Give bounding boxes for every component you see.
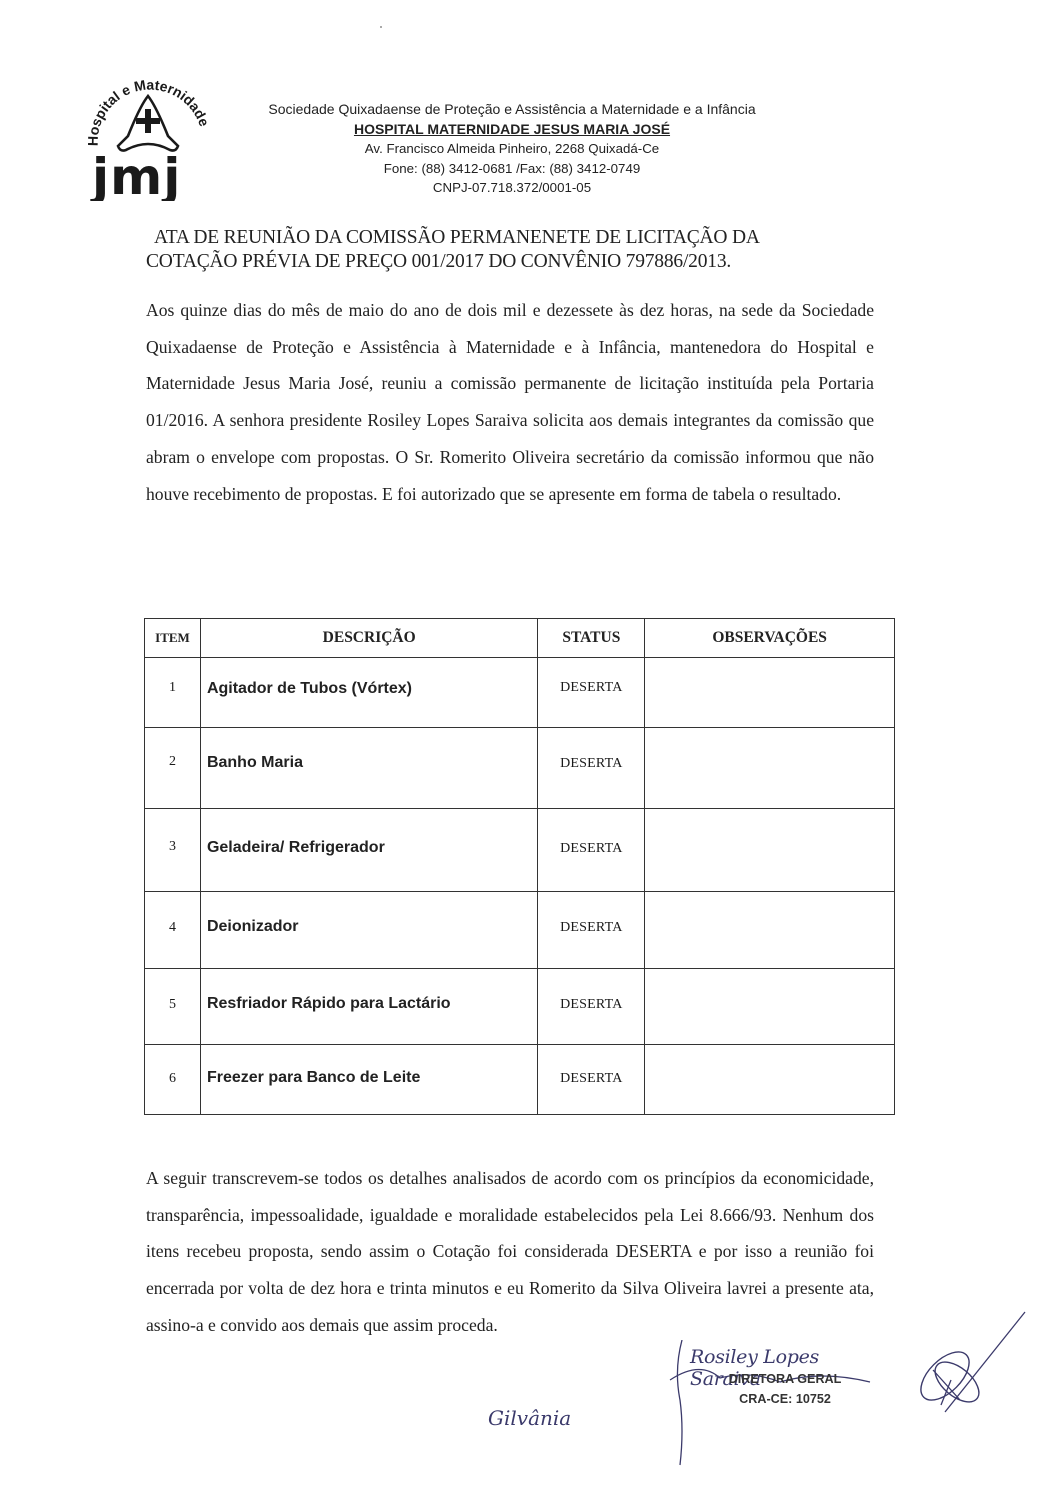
letterhead: Sociedade Quixadaense de Proteção e Assi… bbox=[232, 100, 792, 198]
table-row: 1 Agitador de Tubos (Vórtex) DESERTA bbox=[145, 658, 895, 728]
address: Av. Francisco Almeida Pinheiro, 2268 Qui… bbox=[232, 139, 792, 159]
nurse-cap-cross-icon: Hospital e Maternidade jmj bbox=[80, 76, 250, 201]
item-description: Freezer para Banco de Leite bbox=[200, 1045, 537, 1115]
phone-fax: Fone: (88) 3412-0681 /Fax: (88) 3412-074… bbox=[232, 159, 792, 179]
item-number: 6 bbox=[145, 1045, 201, 1115]
item-status: DESERTA bbox=[538, 1045, 645, 1115]
item-description: Deionizador bbox=[200, 892, 537, 969]
item-description: Resfriador Rápido para Lactário bbox=[200, 969, 537, 1045]
items-table: ITEM DESCRIÇÃO STATUS OBSERVAÇÕES 1 Agit… bbox=[144, 618, 895, 1115]
item-number: 2 bbox=[145, 728, 201, 809]
stamp-role: DIRETORA GERAL bbox=[700, 1372, 870, 1386]
table-row: 4 Deionizador DESERTA bbox=[145, 892, 895, 969]
table-header-row: ITEM DESCRIÇÃO STATUS OBSERVAÇÕES bbox=[145, 619, 895, 658]
table-row: 2 Banho Maria DESERTA bbox=[145, 728, 895, 809]
item-number: 5 bbox=[145, 969, 201, 1045]
col-header-observacoes: OBSERVAÇÕES bbox=[645, 619, 895, 658]
item-observations bbox=[645, 892, 895, 969]
item-description: Agitador de Tubos (Vórtex) bbox=[200, 658, 537, 728]
minutes-paragraph-2: A seguir transcrevem-se todos os detalhe… bbox=[146, 1160, 874, 1344]
item-number: 4 bbox=[145, 892, 201, 969]
item-status: DESERTA bbox=[538, 809, 645, 892]
col-header-item: ITEM bbox=[145, 619, 201, 658]
table-row: 6 Freezer para Banco de Leite DESERTA bbox=[145, 1045, 895, 1115]
title-line-1: ATA DE REUNIÃO DA COMISSÃO PERMANENETE D… bbox=[146, 226, 876, 250]
signature-gilvania: Gilvânia bbox=[488, 1406, 571, 1430]
col-header-descricao: DESCRIÇÃO bbox=[200, 619, 537, 658]
minutes-paragraph-1: Aos quinze dias do mês de maio do ano de… bbox=[146, 292, 874, 512]
rubric-signature-icon bbox=[905, 1300, 1035, 1435]
item-observations bbox=[645, 658, 895, 728]
stamp-registration: CRA-CE: 10752 bbox=[700, 1392, 870, 1406]
item-observations bbox=[645, 728, 895, 809]
hospital-name: HOSPITAL MATERNIDADE JESUS MARIA JOSÉ bbox=[232, 120, 792, 140]
item-status: DESERTA bbox=[538, 658, 645, 728]
item-status: DESERTA bbox=[538, 892, 645, 969]
item-description: Geladeira/ Refrigerador bbox=[200, 809, 537, 892]
item-description: Banho Maria bbox=[200, 728, 537, 809]
item-observations bbox=[645, 809, 895, 892]
document-title: ATA DE REUNIÃO DA COMISSÃO PERMANENETE D… bbox=[146, 226, 876, 274]
col-header-status: STATUS bbox=[538, 619, 645, 658]
item-number: 1 bbox=[145, 658, 201, 728]
cnpj: CNPJ-07.718.372/0001-05 bbox=[232, 178, 792, 198]
table-row: 5 Resfriador Rápido para Lactário DESERT… bbox=[145, 969, 895, 1045]
item-observations bbox=[645, 1045, 895, 1115]
svg-text:jmj: jmj bbox=[90, 148, 181, 201]
director-signature-stamp: Rosiley Lopes Saraiva DIRETORA GERAL CRA… bbox=[660, 1340, 890, 1470]
hospital-logo: Hospital e Maternidade jmj bbox=[80, 76, 250, 201]
scan-speck bbox=[380, 26, 382, 28]
item-status: DESERTA bbox=[538, 728, 645, 809]
item-status: DESERTA bbox=[538, 969, 645, 1045]
org-name: Sociedade Quixadaense de Proteção e Assi… bbox=[232, 100, 792, 120]
table-row: 3 Geladeira/ Refrigerador DESERTA bbox=[145, 809, 895, 892]
title-line-2: COTAÇÃO PRÉVIA DE PREÇO 001/2017 DO CONV… bbox=[146, 250, 876, 274]
item-number: 3 bbox=[145, 809, 201, 892]
item-observations bbox=[645, 969, 895, 1045]
